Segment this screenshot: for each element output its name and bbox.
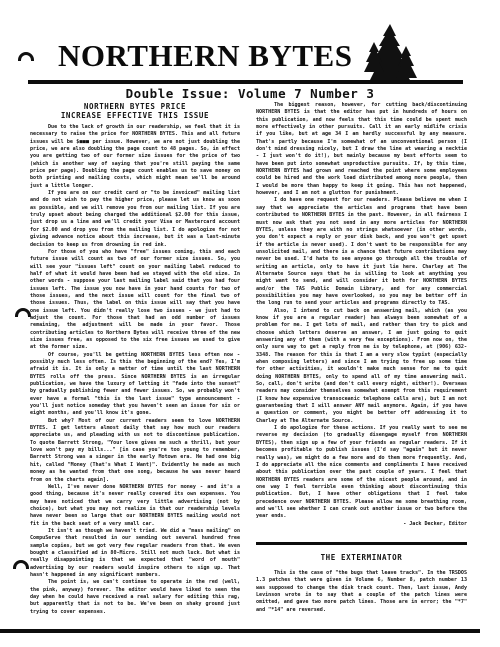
exterminator-section: THE EXTERMINATOR This is the case of "th… <box>256 553 467 614</box>
article-heading-line2: INCREASE EFFECTIVE THIS ISSUE <box>30 111 240 120</box>
paragraph: I do apologize for these actions. If you… <box>256 425 467 520</box>
masthead-title: NORTHERN BYTES <box>58 38 352 74</box>
paragraph: If you are on our credit card or "to be … <box>30 190 240 249</box>
binder-hole-mark-top <box>18 52 34 61</box>
editor-signature: - Jack Decker, Editor <box>256 521 467 528</box>
page-bottom-rule <box>0 629 480 633</box>
paragraph: Due to the lack of growth in our readers… <box>30 124 240 190</box>
paragraph: The point is, we can't continue to opera… <box>30 579 240 616</box>
pine-trees-icon <box>360 24 420 80</box>
paragraph: For those of you who have "free" issues … <box>30 249 240 352</box>
issue-line: Double Issue: Volume 7 Number 3 <box>0 86 500 101</box>
masthead-rule <box>28 80 463 84</box>
paragraph: This is the case of "the bugs that leave… <box>256 570 467 614</box>
right-column: The biggest reason, however, for cutting… <box>256 102 467 528</box>
paragraph: I do have one request for our readers. P… <box>256 197 467 307</box>
article-heading-line1: NORTHERN BYTES PRICE <box>30 102 240 111</box>
masthead: NORTHERN BYTES <box>28 38 463 80</box>
paragraph: Of course, you'll be getting NORTHERN BY… <box>30 352 240 418</box>
paragraph: But why? Most of our current readers see… <box>30 418 240 484</box>
paragraph: Also, I intend to cut back on answering … <box>256 308 467 426</box>
paragraph: Well, I've never done NORTHERN BYTES for… <box>30 484 240 528</box>
paragraph: The biggest reason, however, for cutting… <box>256 102 467 197</box>
binder-hole-mark-middle <box>15 308 31 317</box>
paragraph: It isn't as though we haven't tried. We … <box>30 528 240 579</box>
left-column: NORTHERN BYTES PRICE INCREASE EFFECTIVE … <box>30 102 240 616</box>
section-divider-rule <box>256 542 467 545</box>
section-heading-exterminator: THE EXTERMINATOR <box>256 553 467 562</box>
binder-hole-mark-bottom <box>13 560 29 569</box>
